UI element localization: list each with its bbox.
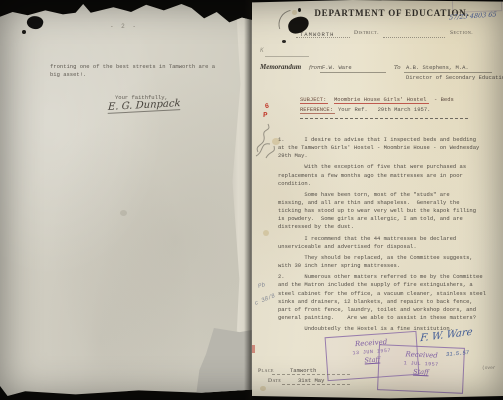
blue-margin-note: Pb — [257, 281, 266, 290]
text-line: I recommend that the 44 mattresses be de… — [278, 235, 496, 243]
text-line: with 30 inch inner spring mattresses. — [278, 262, 496, 270]
over-note: (over — [482, 366, 496, 371]
text-line: ticking has stood up to wear very well b… — [278, 207, 496, 215]
place-value: Tamworth — [290, 367, 316, 374]
reference-value: Your Ref. 29th March 1957. — [338, 106, 430, 113]
paragraph: 2. Numerous other matters referred to me… — [278, 273, 496, 322]
date-label: Date — [268, 378, 281, 384]
text-line: at the Tamworth Girls' Hostel - Moombrie… — [278, 144, 496, 152]
text-line: 1. I desire to advise that I inspected b… — [278, 136, 496, 144]
text-line: part of front fence, laundry, toilet and… — [278, 306, 496, 314]
paragraph: They should be replaced, as the Committe… — [278, 254, 496, 270]
page-number: - 2 - — [92, 23, 156, 30]
subject-value: Moombrie House Girls' Hostel — [334, 96, 426, 103]
form-rule-line — [296, 37, 350, 38]
text-line: With the exception of five that were pur… — [278, 163, 496, 171]
reference-label: REFERENCE: — [300, 106, 333, 113]
document-scan-photo: - 2 - fronting one of the best streets i… — [0, 0, 503, 400]
form-rule-line — [320, 72, 386, 73]
pencil-mark: K — [260, 47, 264, 54]
memo-to-title: Director of Secondary Education. — [406, 74, 503, 81]
ink-speck-icon — [22, 30, 26, 34]
text-line: distressed by the dust. — [278, 223, 496, 231]
text-line: 29th May. — [278, 152, 496, 160]
subject-suffix: - Beds — [434, 96, 454, 103]
text-line: Some have been torn, most of the "studs"… — [278, 191, 496, 199]
memorandum-page: DEPARTMENT OF EDUCATION. 57/23 4803 65 T… — [252, 0, 503, 400]
text-line: 2. Numerous other matters referred to me… — [278, 273, 496, 281]
ink-blot-icon — [25, 14, 44, 31]
text-line: condition. — [278, 180, 496, 188]
paragraph: I recommend that the 44 mattresses be de… — [278, 235, 496, 251]
paragraph: Some have been torn, most of the "studs"… — [278, 191, 496, 231]
memo-body: 1. I desire to advise that I inspected b… — [278, 136, 496, 336]
text-line: general painting. Are we able to assist … — [278, 314, 496, 322]
ink-speck-icon — [282, 40, 286, 43]
section-label: Section. — [450, 30, 473, 36]
stain-spot — [292, 10, 297, 15]
form-rule-line — [272, 374, 350, 375]
text-line: replacements a few months ago the mattre… — [278, 172, 496, 180]
text-line: is powdery. Some girls are allergic, I a… — [278, 215, 496, 223]
date-value: 31st May — [298, 377, 324, 384]
letter-body: fronting one of the best streets in Tamw… — [50, 63, 215, 79]
paragraph: 1. I desire to advise that I inspected b… — [278, 136, 496, 160]
stain-spot — [263, 230, 269, 236]
from-word: from — [309, 65, 322, 71]
red-margin-note: 6 — [264, 103, 269, 112]
memo-from-value: F.W. Ware — [322, 64, 352, 71]
subject-label: SUBJECT: — [300, 96, 326, 103]
handwritten-date: 31.5.57 — [446, 349, 470, 358]
text-line: sinks and drainers, 12 blankets, and rep… — [278, 298, 496, 306]
stain-spot — [120, 210, 127, 216]
pencil-line — [265, 56, 309, 57]
paragraph: With the exception of five that were pur… — [278, 163, 496, 187]
blue-margin-note: c 38/8 — [253, 292, 276, 307]
dashed-divider — [300, 118, 468, 119]
to-word: To — [394, 65, 401, 71]
form-rule-line — [404, 72, 492, 73]
stain-spot — [272, 138, 280, 145]
form-rule-line — [282, 384, 350, 385]
text-line: steel cabinet for the office, a vacuum c… — [278, 290, 496, 298]
red-edge-mark — [252, 345, 255, 353]
stain-spot — [260, 386, 266, 391]
text-line: big asset!. — [50, 71, 215, 79]
memorandum-label: Memorandum — [260, 63, 301, 71]
text-line: unserviceable and advertised for disposa… — [278, 243, 496, 251]
letter-page-two: - 2 - fronting one of the best streets i… — [0, 0, 252, 400]
text-line: and the Matron included the supply of fi… — [278, 281, 496, 289]
red-underline — [300, 103, 328, 104]
memo-to-value: A.B. Stephens, M.A. — [406, 64, 469, 71]
district-label: District. — [354, 30, 379, 36]
red-underline — [334, 103, 429, 104]
form-rule-line — [383, 37, 445, 38]
red-underline — [300, 113, 335, 114]
handwritten-signature: E. G. Dunpack — [108, 98, 181, 113]
text-line: They should be replaced, as the Committe… — [278, 254, 496, 262]
text-line: fronting one of the best streets in Tamw… — [50, 63, 215, 71]
text-line: missing, and all are thin and shapeless.… — [278, 199, 496, 207]
